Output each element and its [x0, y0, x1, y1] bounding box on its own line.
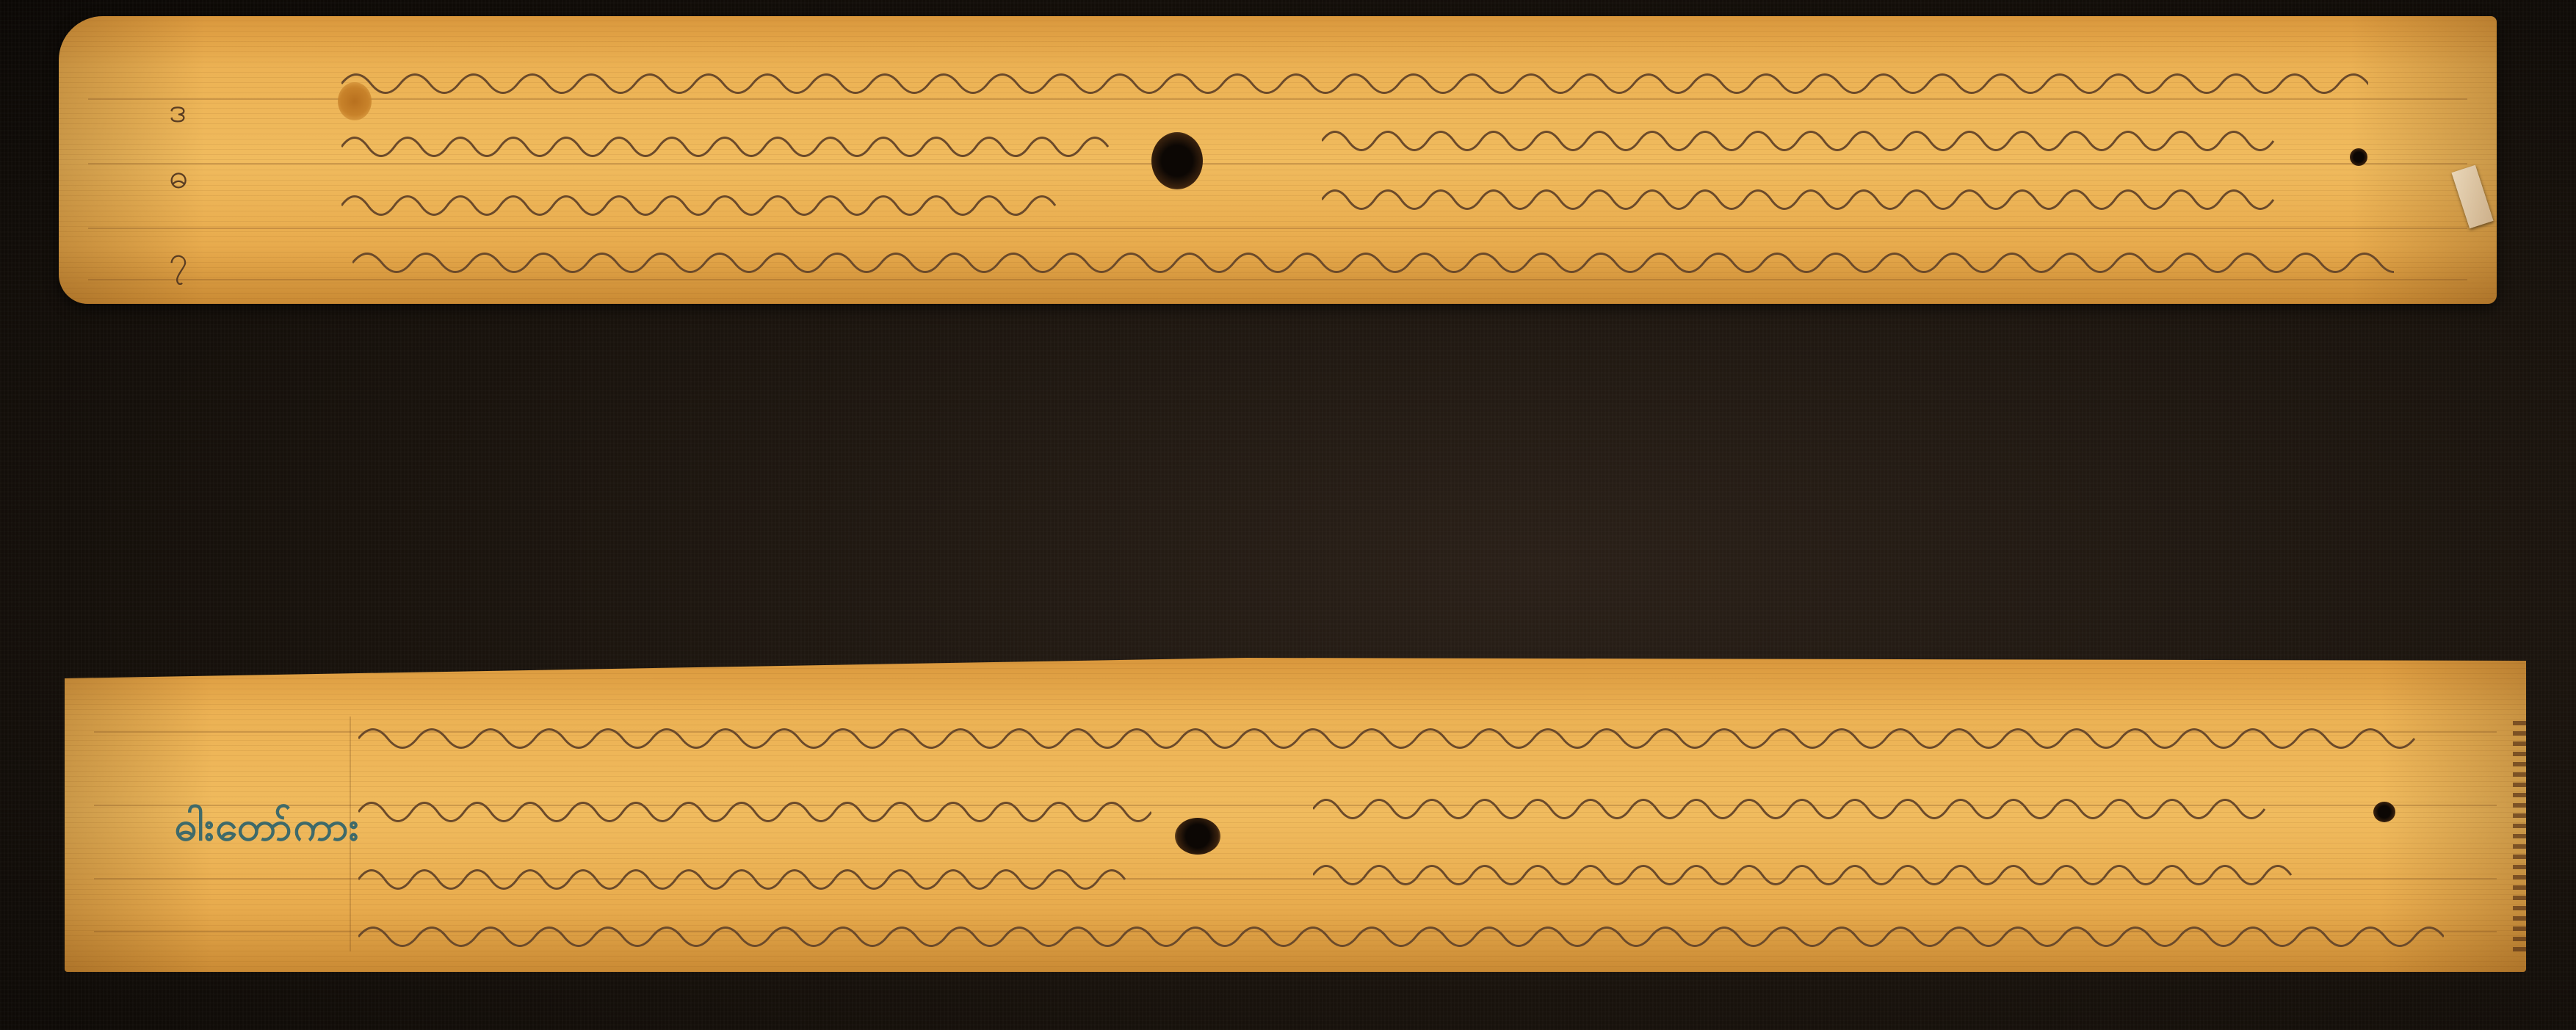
script-line-3a [358, 850, 1137, 902]
script-line-4 [358, 907, 2444, 959]
script-line-2b [1322, 112, 2276, 163]
script-line-2b [1313, 780, 2282, 831]
string-hole-right [2350, 148, 2367, 166]
palm-leaf-bottom: ဓါးတော်ကား [65, 658, 2526, 972]
script-line-4 [352, 233, 2394, 285]
frayed-edge [2513, 717, 2526, 951]
script-line-2a [341, 117, 1112, 169]
script-line-1 [341, 54, 2368, 106]
page-numeral: ဓ [169, 156, 188, 205]
script-line-1 [358, 709, 2429, 761]
page-numeral: ဒ [169, 90, 187, 139]
string-hole-left [1175, 818, 1220, 855]
palm-leaf-top: ဒ ဓ ၇ [59, 16, 2497, 304]
script-line-2a [358, 783, 1151, 834]
script-line-3b [1322, 170, 2291, 222]
script-line-3b [1313, 846, 2297, 897]
string-hole-left [1151, 132, 1203, 189]
ruling-line [88, 228, 2467, 229]
string-hole-right [2373, 802, 2395, 822]
script-line-3a [341, 176, 1076, 228]
page-numeral: ၇ [169, 238, 188, 287]
margin-annotation: ဓါးတော်ကား [175, 802, 360, 860]
